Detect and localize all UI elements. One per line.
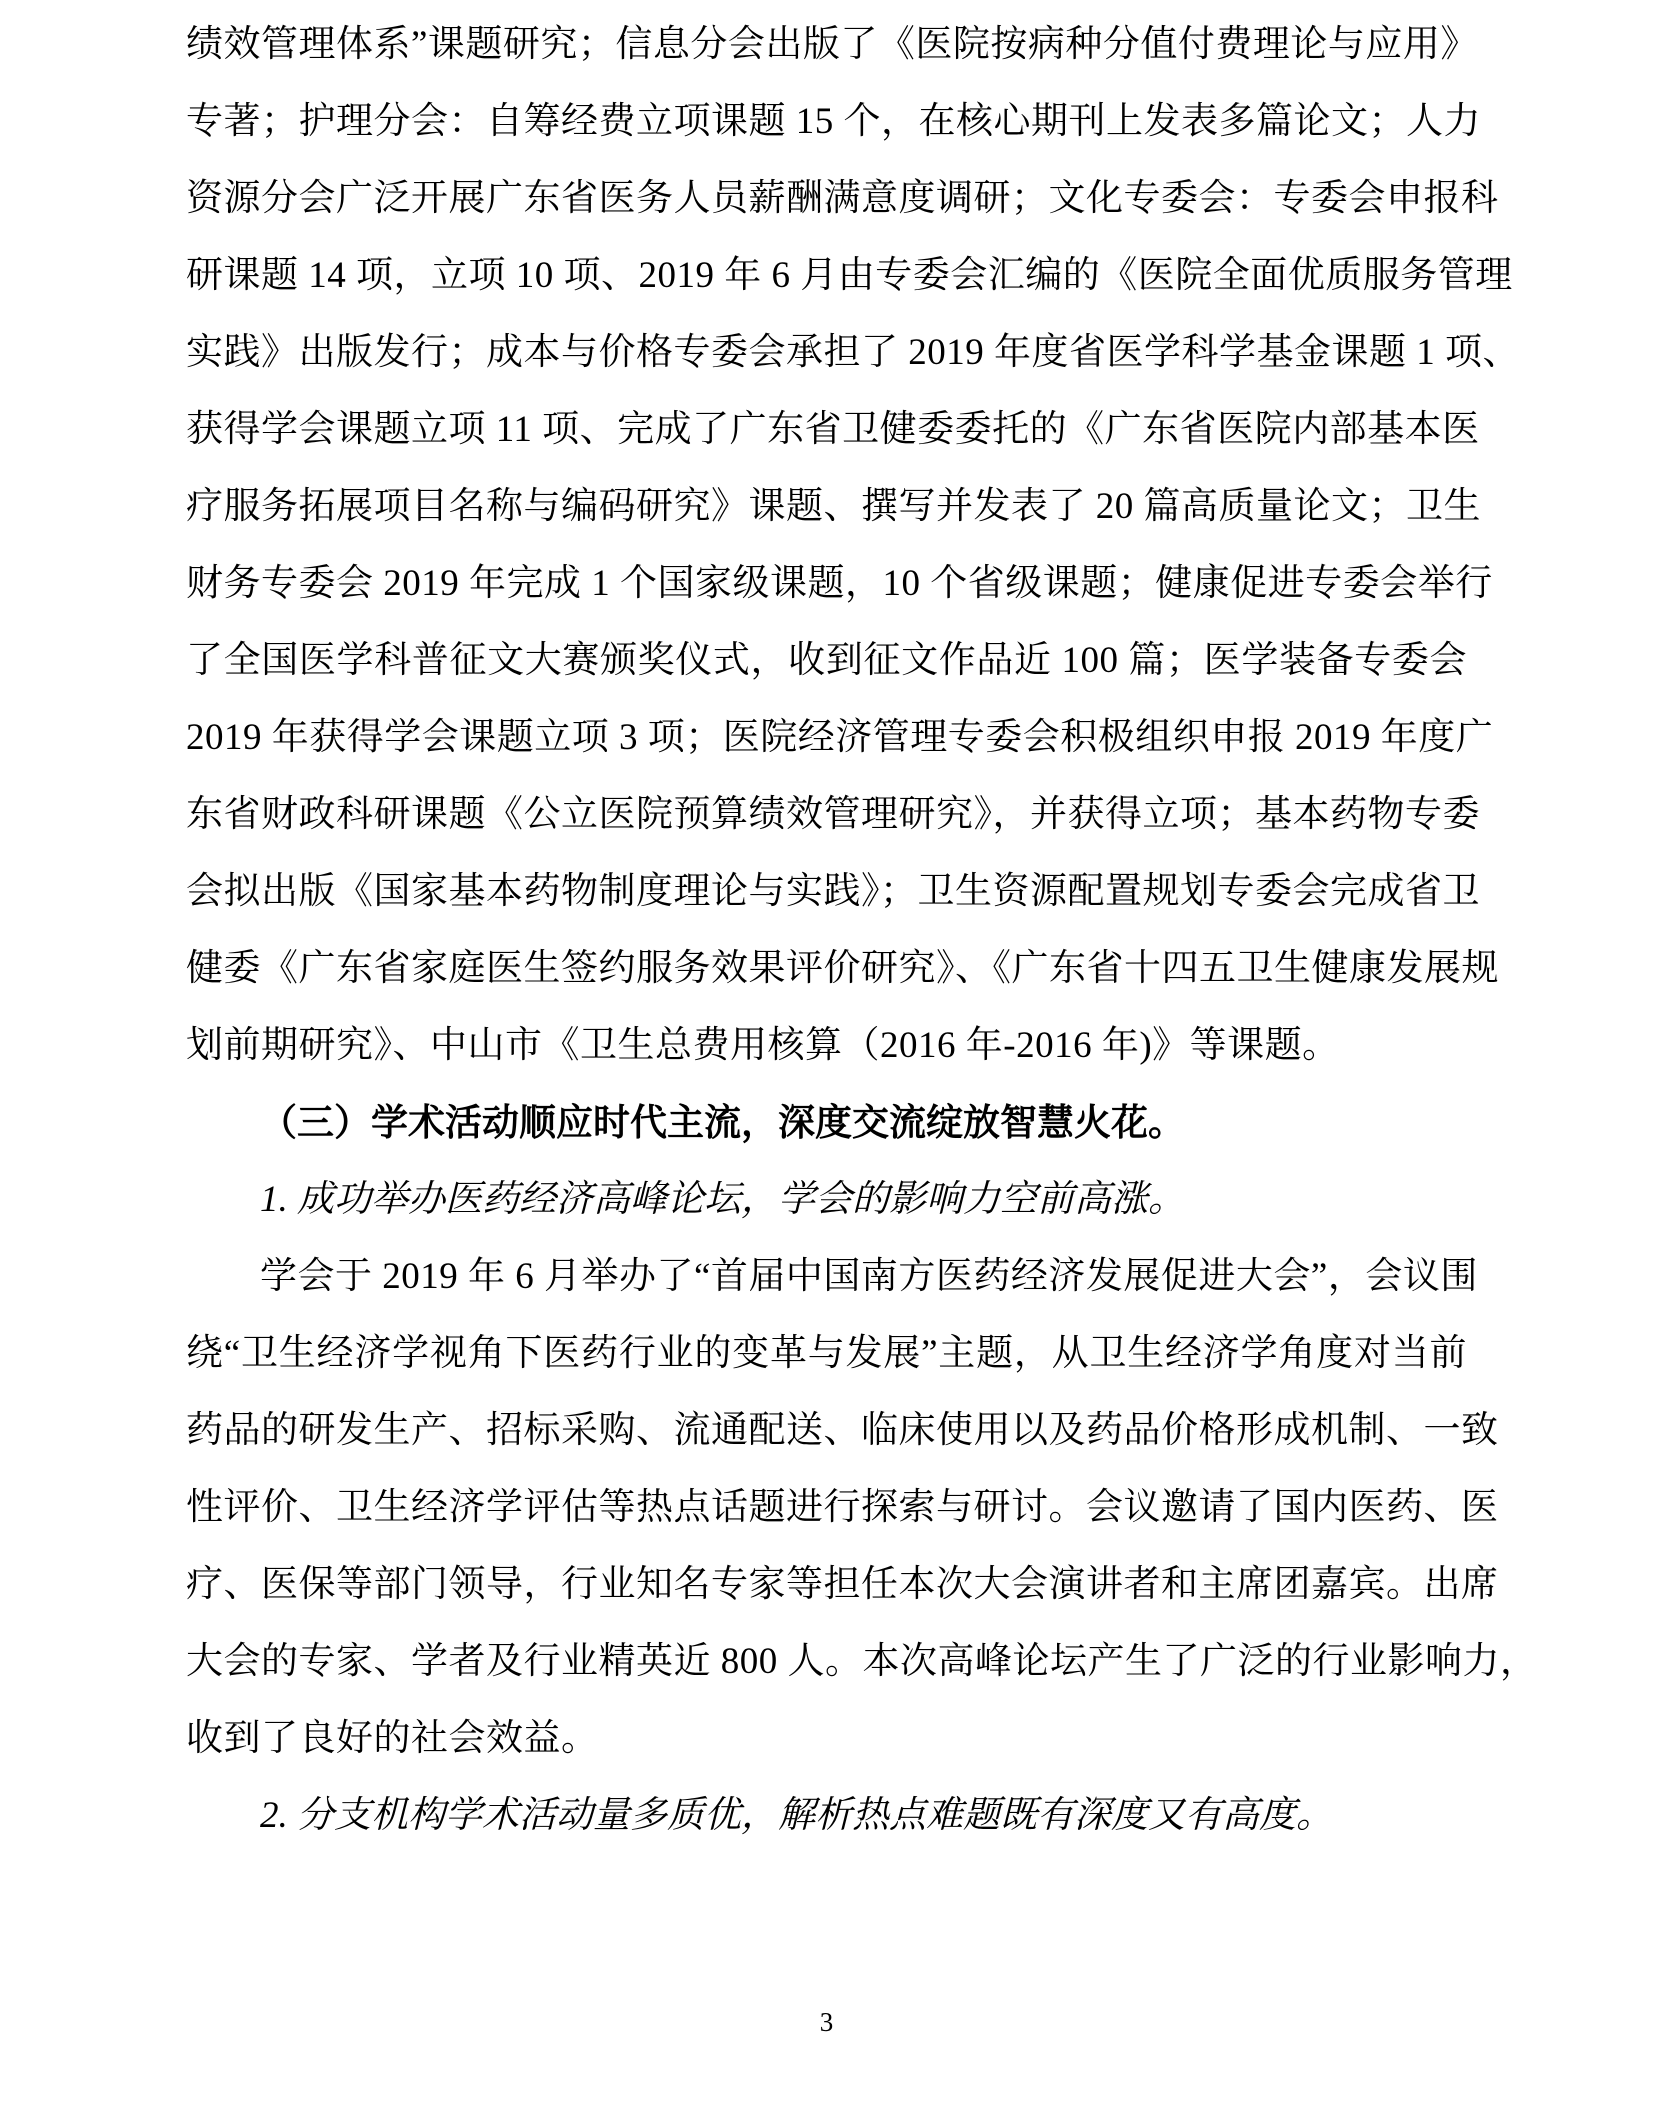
summit-forum-paragraph: 学会于 2019 年 6 月举办了“首届中国南方医药经济发展促进大会”，会议围绕…: [186, 1238, 1467, 1777]
page-number: 3: [0, 2002, 1653, 2042]
text-line: 财务专委会 2019 年完成 1 个国家级课题，10 个省级课题；健康促进专委会…: [186, 545, 1467, 622]
text-line: 性评价、卫生经济学评估等热点话题进行探索与研讨。会议邀请了国内医药、医: [186, 1469, 1467, 1546]
text-line: 划前期研究》、中山市《卫生总费用核算（2016 年-2016 年)》等课题。: [186, 1007, 1467, 1084]
text-line: 绩效管理体系”课题研究；信息分会出版了《医院按病种分值付费理论与应用》: [186, 6, 1467, 83]
text-line: 资源分会广泛开展广东省医务人员薪酬满意度调研；文化专委会：专委会申报科: [186, 160, 1467, 237]
text-line: 了全国医学科普征文大赛颁奖仪式，收到征文作品近 100 篇；医学装备专委会: [186, 622, 1467, 699]
text-line: 健委《广东省家庭医生签约服务效果评价研究》、《广东省十四五卫生健康发展规: [186, 930, 1467, 1007]
text-line: 东省财政科研课题《公立医院预算绩效管理研究》，并获得立项；基本药物专委: [186, 776, 1467, 853]
text-line: 疗服务拓展项目名称与编码研究》课题、撰写并发表了 20 篇高质量论文；卫生: [186, 468, 1467, 545]
text-line: 会拟出版《国家基本药物制度理论与实践》；卫生资源配置规划专委会完成省卫: [186, 853, 1467, 930]
continuation-paragraph: 绩效管理体系”课题研究；信息分会出版了《医院按病种分值付费理论与应用》专著；护理…: [186, 6, 1467, 1084]
text-line: 绕“卫生经济学视角下医药行业的变革与发展”主题，从卫生经济学角度对当前: [186, 1315, 1467, 1392]
text-line: 疗、医保等部门领导，行业知名专家等担任本次大会演讲者和主席团嘉宾。出席: [186, 1546, 1467, 1623]
text-line: 专著；护理分会：自筹经费立项课题 15 个，在核心期刊上发表多篇论文；人力: [186, 83, 1467, 160]
subsection-heading-2: 2. 分支机构学术活动量多质优，解析热点难题既有深度又有高度。: [186, 1777, 1467, 1854]
text-line: 获得学会课题立项 11 项、完成了广东省卫健委委托的《广东省医院内部基本医: [186, 391, 1467, 468]
subsection-heading-1: 1. 成功举办医药经济高峰论坛，学会的影响力空前高涨。: [186, 1161, 1467, 1238]
text-line: 药品的研发生产、招标采购、流通配送、临床使用以及药品价格形成机制、一致: [186, 1392, 1467, 1469]
text-line: 收到了良好的社会效益。: [186, 1700, 1467, 1777]
text-line: 研课题 14 项，立项 10 项、2019 年 6 月由专委会汇编的《医院全面优…: [186, 237, 1467, 314]
text-line: 实践》出版发行；成本与价格专委会承担了 2019 年度省医学科学基金课题 1 项…: [186, 314, 1467, 391]
text-line: 大会的专家、学者及行业精英近 800 人。本次高峰论坛产生了广泛的行业影响力，: [186, 1623, 1467, 1700]
section-heading: （三）学术活动顺应时代主流，深度交流绽放智慧火花。: [186, 1084, 1467, 1161]
text-line: 2019 年获得学会课题立项 3 项；医院经济管理专委会积极组织申报 2019 …: [186, 699, 1467, 776]
document-page: 绩效管理体系”课题研究；信息分会出版了《医院按病种分值付费理论与应用》专著；护理…: [0, 0, 1653, 2112]
text-line: 学会于 2019 年 6 月举办了“首届中国南方医药经济发展促进大会”，会议围: [186, 1238, 1467, 1315]
body-text: 绩效管理体系”课题研究；信息分会出版了《医院按病种分值付费理论与应用》专著；护理…: [186, 6, 1467, 1854]
